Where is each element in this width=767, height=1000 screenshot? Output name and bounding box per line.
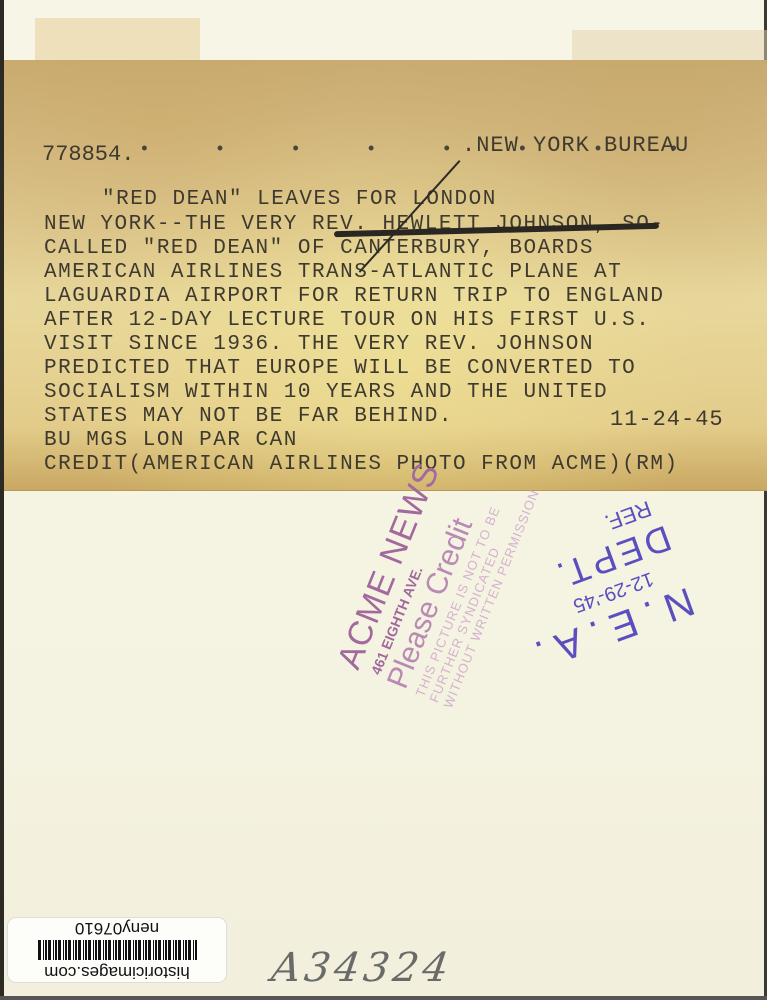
- serial-number: 778854.: [42, 142, 134, 167]
- tape-residue-left: [35, 18, 200, 60]
- handwritten-id: A34324: [269, 945, 456, 991]
- caption-slip: 778854. • • • • • • • • .NEW YORK BUREAU…: [4, 60, 767, 490]
- caption-line: LAGUARDIA AIRPORT FOR RETURN TRIP TO ENG…: [44, 285, 665, 308]
- caption-headline: "RED DEAN" LEAVES FOR LONDON: [102, 188, 497, 211]
- label-site: historicimages.com: [44, 963, 190, 981]
- caption-date: 11-24-45: [610, 407, 724, 432]
- bureau-label: .NEW YORK BUREAU: [462, 133, 689, 158]
- barcode-label: historicimages.com neny07610: [8, 918, 226, 982]
- caption-line: AFTER 12-DAY LECTURE TOUR ON HIS FIRST U…: [44, 309, 650, 332]
- barcode-icon: [37, 940, 197, 960]
- photo-back: 778854. • • • • • • • • .NEW YORK BUREAU…: [0, 0, 767, 1000]
- caption-line: CALLED "RED DEAN" OF CANTERBURY, BOARDS: [44, 237, 594, 260]
- label-code: neny07610: [75, 919, 159, 937]
- caption-line: SOCIALISM WITHIN 10 YEARS AND THE UNITED: [44, 381, 608, 404]
- caption-line: PREDICTED THAT EUROPE WILL BE CONVERTED …: [44, 357, 636, 380]
- scan-edge-bottom: [0, 996, 767, 1000]
- caption-line: STATES MAY NOT BE FAR BEHIND.: [44, 405, 453, 428]
- photo-credit: CREDIT(AMERICAN AIRLINES PHOTO FROM ACME…: [44, 453, 679, 476]
- tape-residue-right: [572, 30, 767, 60]
- caption-line: AMERICAN AIRLINES TRANS-ATLANTIC PLANE A…: [44, 261, 622, 284]
- distribution-codes: BU MGS LON PAR CAN: [44, 429, 298, 452]
- caption-line: VISIT SINCE 1936. THE VERY REV. JOHNSON: [44, 333, 594, 356]
